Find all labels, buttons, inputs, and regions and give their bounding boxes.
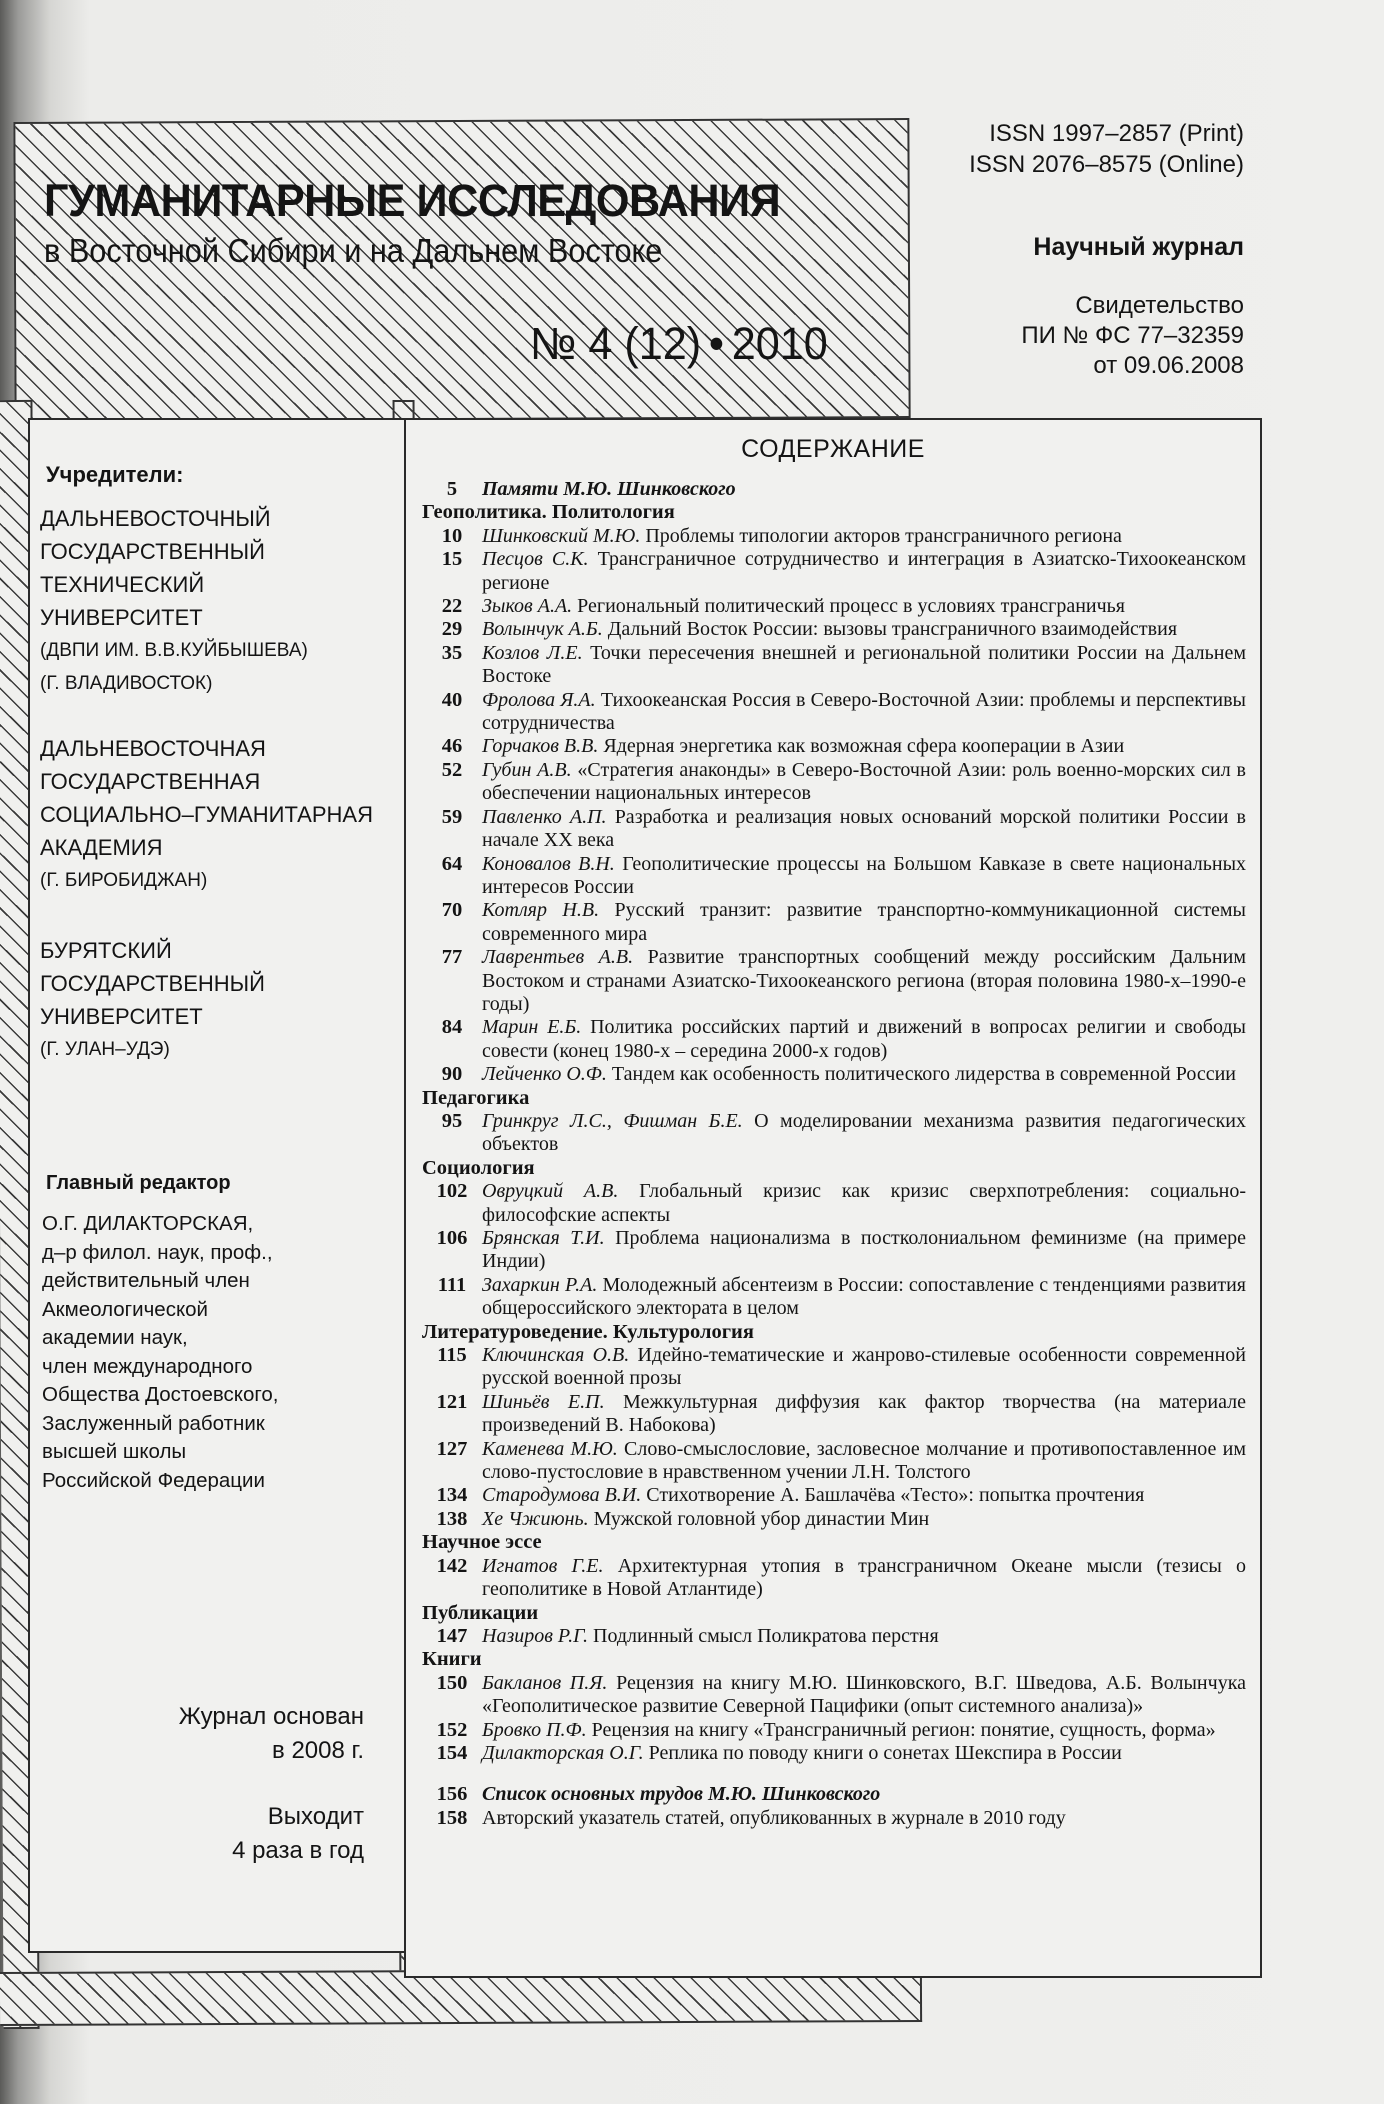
toc-author: Гринкруг Л.С., Фишман Б.Е. [482, 1110, 754, 1132]
toc-author: Шинковский М.Ю. [482, 525, 645, 547]
toc-entry[interactable]: 102 Овруцкий А.В. Глобальный кризис как … [422, 1180, 1250, 1227]
toc-author: Коновалов В.Н. [482, 853, 622, 875]
toc-author: Каменева М.Ю. [482, 1438, 624, 1460]
issn-online: ISSN 2076–8575 (Online) [969, 151, 1244, 179]
toc-author: Ключинская О.В. [482, 1344, 638, 1366]
toc-page-number: 134 [422, 1484, 482, 1507]
toc-entry-text: Бакланов П.Я. Рецензия на книгу М.Ю. Шин… [482, 1672, 1250, 1719]
toc-entry-text: Шиньёв Е.П. Межкультурная диффузия как ф… [482, 1391, 1250, 1438]
founder-name-line: АКАДЕМИЯ [40, 831, 373, 864]
founded-line: в 2008 г. [179, 1734, 364, 1768]
table-of-contents: СОДЕРЖАНИЕ 5 Памяти М.Ю. Шинковского Гео… [404, 418, 1262, 1978]
editor-line: действительный член [42, 1267, 278, 1296]
issue-separator: • [709, 318, 724, 369]
toc-page-number: 147 [422, 1625, 482, 1648]
toc-page-number: 127 [422, 1438, 482, 1485]
toc-author: Хе Чжиюнь. [482, 1508, 594, 1530]
toc-section-heading: Социология [422, 1157, 1250, 1180]
founder-name-line: БУРЯТСКИЙ [40, 934, 265, 967]
toc-entry[interactable]: 154 Дилакторская О.Г. Реплика по поводу … [422, 1742, 1250, 1765]
toc-article-title: Памяти М.Ю. Шинковского [482, 478, 736, 500]
editor-line: Общества Достоевского, [42, 1381, 278, 1410]
toc-author: Павленко А.П. [482, 806, 615, 828]
founder-name-line: ГОСУДАРСТВЕННЫЙ [40, 967, 265, 1000]
toc-page-number: 15 [422, 548, 482, 595]
toc-page-number: 111 [422, 1274, 482, 1321]
editor-line: высшей школы [42, 1438, 278, 1467]
toc-entry-text: Дилакторская О.Г. Реплика по поводу книг… [482, 1742, 1250, 1765]
toc-entry-text: Хе Чжиюнь. Мужской головной убор династи… [482, 1508, 1250, 1531]
founder-note: (Г. ВЛАДИВОСТОК) [40, 667, 308, 700]
toc-author: Козлов Л.Е. [482, 642, 590, 664]
toc-list: 5 Памяти М.Ю. Шинковского Геополитика. П… [422, 478, 1250, 1830]
toc-entry[interactable]: 59 Павленко А.П. Разработка и реализация… [422, 806, 1250, 853]
toc-article-title: Список основных трудов М.Ю. Шинковского [482, 1783, 880, 1805]
toc-author: Овруцкий А.В. [482, 1180, 639, 1202]
toc-author: Стародумова В.И. [482, 1484, 646, 1506]
toc-entry-text: Брянская Т.И. Проблема национализма в по… [482, 1227, 1250, 1274]
issue-number: № 4 (12) [530, 318, 701, 369]
founder-note: (Г. БИРОБИДЖАН) [40, 864, 373, 897]
toc-entry[interactable]: 127 Каменева М.Ю. Слово-смыслословие, за… [422, 1438, 1250, 1485]
toc-entry[interactable]: 64 Коновалов В.Н. Геополитические процес… [422, 853, 1250, 900]
toc-article-title: Авторский указатель статей, опубликованн… [482, 1807, 1066, 1829]
toc-page-number: 156 [422, 1783, 482, 1806]
frequency-line: Выходит [232, 1800, 364, 1834]
toc-entry-text: Захаркин Р.А. Молодежный абсентеизм в Ро… [482, 1274, 1250, 1321]
toc-section-heading: Литературоведение. Культурология [422, 1321, 1250, 1344]
toc-article-title: Мужской головной убор династии Мин [594, 1508, 930, 1530]
founder-name-line: ДАЛЬНЕВОСТОЧНАЯ [40, 732, 373, 765]
founder-note: (ДВПИ ИМ. В.В.КУЙБЫШЕВА) [40, 634, 308, 667]
toc-entry[interactable]: 52 Губин А.В. «Стратегия анаконды» в Сев… [422, 759, 1250, 806]
toc-entry[interactable]: 138 Хе Чжиюнь. Мужской головной убор дин… [422, 1508, 1250, 1531]
hatched-title-block [13, 118, 910, 422]
toc-entry[interactable]: 46 Горчаков В.В. Ядерная энергетика как … [422, 735, 1250, 758]
toc-entry[interactable]: 15 Песцов С.К. Трансграничное сотрудниче… [422, 548, 1250, 595]
toc-entry-text: Павленко А.П. Разработка и реализация но… [482, 806, 1250, 853]
editor-line: Заслуженный работник [42, 1410, 278, 1439]
toc-entry[interactable]: 156 Список основных трудов М.Ю. Шинковск… [422, 1783, 1250, 1806]
toc-author: Бакланов П.Я. [482, 1672, 616, 1694]
founder-name-line: ГОСУДАРСТВЕННАЯ [40, 765, 373, 798]
toc-page-number: 152 [422, 1719, 482, 1742]
toc-entry[interactable]: 90 Лейченко О.Ф. Тандем как особенность … [422, 1063, 1250, 1086]
toc-section-heading: Геополитика. Политология [422, 501, 1250, 524]
toc-entry[interactable]: 142 Игнатов Г.Е. Архитектурная утопия в … [422, 1555, 1250, 1602]
toc-section-heading: Научное эссе [422, 1531, 1250, 1554]
toc-page-number: 29 [422, 618, 482, 641]
toc-entry[interactable]: 152 Бровко П.Ф. Рецензия на книгу «Транс… [422, 1719, 1250, 1742]
toc-entry-text: Шинковский М.Ю. Проблемы типологии актор… [482, 525, 1250, 548]
toc-author: Назиров Р.Г. [482, 1625, 593, 1647]
toc-entry-text: Список основных трудов М.Ю. Шинковского [482, 1783, 1250, 1806]
toc-author: Игнатов Г.Е. [482, 1555, 618, 1577]
toc-entry-text: Игнатов Г.Е. Архитектурная утопия в тран… [482, 1555, 1250, 1602]
founder-name-line: ДАЛЬНЕВОСТОЧНЫЙ [40, 502, 308, 535]
toc-entry[interactable]: 35 Козлов Л.Е. Точки пересечения внешней… [422, 642, 1250, 689]
toc-entry[interactable]: 115 Ключинская О.В. Идейно-тематические … [422, 1344, 1250, 1391]
toc-entry-text: Гринкруг Л.С., Фишман Б.Е. О моделирован… [482, 1110, 1250, 1157]
toc-page-number: 95 [422, 1110, 482, 1157]
toc-page-number: 46 [422, 735, 482, 758]
toc-entry[interactable]: 22 Зыков А.А. Региональный политический … [422, 595, 1250, 618]
toc-page-number: 22 [422, 595, 482, 618]
toc-entry[interactable]: 5 Памяти М.Ю. Шинковского [422, 478, 1250, 501]
toc-entry-text: Губин А.В. «Стратегия анаконды» в Северо… [482, 759, 1250, 806]
toc-page-number: 106 [422, 1227, 482, 1274]
founder-2: ДАЛЬНЕВОСТОЧНАЯ ГОСУДАРСТВЕННАЯ СОЦИАЛЬН… [40, 732, 373, 897]
toc-author: Бровко П.Ф. [482, 1719, 592, 1741]
toc-article-title: Точки пересечения внешней и региональной… [482, 642, 1246, 687]
founded-line: Журнал основан [179, 1700, 364, 1734]
editor-line: Российской Федерации [42, 1467, 278, 1496]
toc-page-number: 5 [422, 478, 482, 501]
issn-print: ISSN 1997–2857 (Print) [989, 120, 1244, 148]
toc-article-title: Подлинный смысл Поликратова перстня [593, 1625, 939, 1647]
toc-article-title: Реплика по поводу книги о сонетах Шекспи… [649, 1742, 1122, 1764]
toc-entry-text: Ключинская О.В. Идейно-тематические и жа… [482, 1344, 1250, 1391]
toc-author: Лейченко О.Ф. [482, 1063, 612, 1085]
toc-page-number: 84 [422, 1016, 482, 1063]
toc-article-title: Ядерная энергетика как возможная сфера к… [603, 735, 1124, 757]
toc-entry-text: Бровко П.Ф. Рецензия на книгу «Трансгран… [482, 1719, 1250, 1742]
toc-entry[interactable]: 29 Волынчук А.Б. Дальний Восток России: … [422, 618, 1250, 641]
toc-title: СОДЕРЖАНИЕ [406, 435, 1260, 464]
toc-entry-text: Горчаков В.В. Ядерная энергетика как воз… [482, 735, 1250, 758]
frequency-line: 4 раза в год [232, 1834, 364, 1868]
toc-entry[interactable]: 95 Гринкруг Л.С., Фишман Б.Е. О моделиро… [422, 1110, 1250, 1157]
toc-article-title: Стихотворение А. Башлачёва «Тесто»: попы… [646, 1484, 1144, 1506]
toc-entry[interactable]: 147 Назиров Р.Г. Подлинный смысл Поликра… [422, 1625, 1250, 1648]
editor-line: член международного [42, 1353, 278, 1382]
toc-page-number: 64 [422, 853, 482, 900]
editor-line: Акмеологической [42, 1296, 278, 1325]
editor-info: О.Г. ДИЛАКТОРСКАЯ, д–р филол. наук, проф… [42, 1210, 278, 1495]
toc-author: Брянская Т.И. [482, 1227, 615, 1249]
toc-section-heading: Педагогика [422, 1087, 1250, 1110]
toc-page-number: 158 [422, 1807, 482, 1830]
toc-article-title: Политика российских партий и движений в … [482, 1016, 1246, 1061]
toc-entry-text: Назиров Р.Г. Подлинный смысл Поликратова… [482, 1625, 1250, 1648]
toc-article-title: Рецензия на книгу «Трансграничный регион… [592, 1719, 1216, 1741]
toc-entry[interactable]: 77 Лаврентьев А.В. Развитие транспортных… [422, 946, 1250, 1016]
founders-heading: Учредители: [46, 462, 183, 488]
toc-entry-text: Авторский указатель статей, опубликованн… [482, 1807, 1250, 1830]
editor-line: академии наук, [42, 1324, 278, 1353]
toc-page-number: 59 [422, 806, 482, 853]
toc-author: Котляр Н.В. [482, 899, 615, 921]
toc-author: Губин А.В. [482, 759, 577, 781]
sidebar-info-box: Учредители: ДАЛЬНЕВОСТОЧНЫЙ ГОСУДАРСТВЕН… [28, 418, 406, 1953]
toc-article-title: Проблемы типологии акторов трансгранично… [645, 525, 1122, 547]
toc-author: Шиньёв Е.П. [482, 1391, 623, 1413]
toc-author: Горчаков В.В. [482, 735, 603, 757]
toc-author: Фролова Я.А. [482, 689, 601, 711]
toc-author: Песцов С.К. [482, 548, 598, 570]
toc-page-number: 115 [422, 1344, 482, 1391]
editor-line: д–р филол. наук, проф., [42, 1239, 278, 1268]
toc-article-title: Трансграничное сотрудничество и интеграц… [482, 548, 1246, 593]
toc-page-number: 90 [422, 1063, 482, 1086]
toc-entry[interactable]: 40 Фролова Я.А. Тихоокеанская Россия в С… [422, 689, 1250, 736]
editor-line: О.Г. ДИЛАКТОРСКАЯ, [42, 1210, 278, 1239]
toc-entry-text: Лаврентьев А.В. Развитие транспортных со… [482, 946, 1250, 1016]
toc-entry[interactable]: 158 Авторский указатель статей, опублико… [422, 1807, 1250, 1830]
founder-name-line: ТЕХНИЧЕСКИЙ [40, 568, 308, 601]
toc-article-title: Дальний Восток России: вызовы трансграни… [608, 618, 1177, 640]
toc-page-number: 10 [422, 525, 482, 548]
toc-entry[interactable]: 150 Бакланов П.Я. Рецензия на книгу М.Ю.… [422, 1672, 1250, 1719]
toc-entry-text: Фролова Я.А. Тихоокеанская Россия в Севе… [482, 689, 1250, 736]
toc-article-title: «Стратегия анаконды» в Северо-Восточной … [482, 759, 1246, 804]
issue-label: № 4 (12)•2010 [530, 318, 828, 370]
toc-entry[interactable]: 84 Марин Е.Б. Политика российских партий… [422, 1016, 1250, 1063]
toc-entry[interactable]: 106 Брянская Т.И. Проблема национализма … [422, 1227, 1250, 1274]
toc-entry-text: Зыков А.А. Региональный политический про… [482, 595, 1250, 618]
toc-section-heading: Книги [422, 1648, 1250, 1671]
founder-name-line: ГОСУДАРСТВЕННЫЙ [40, 535, 308, 568]
toc-author: Лаврентьев А.В. [482, 946, 648, 968]
toc-entry[interactable]: 70 Котляр Н.В. Русский транзит: развитие… [422, 899, 1250, 946]
toc-entry[interactable]: 111 Захаркин Р.А. Молодежный абсентеизм … [422, 1274, 1250, 1321]
toc-section-heading: Публикации [422, 1602, 1250, 1625]
frequency-info: Выходит 4 раза в год [232, 1800, 364, 1868]
certificate-date: от 09.06.2008 [1093, 352, 1244, 380]
toc-author: Зыков А.А. [482, 595, 577, 617]
toc-author: Марин Е.Б. [482, 1016, 590, 1038]
toc-author: Захаркин Р.А. [482, 1274, 603, 1296]
toc-entry-text: Каменева М.Ю. Слово-смыслословие, заслов… [482, 1438, 1250, 1485]
toc-author: Волынчук А.Б. [482, 618, 608, 640]
toc-entry-text: Козлов Л.Е. Точки пересечения внешней и … [482, 642, 1250, 689]
toc-article-title: Региональный политический процесс в усло… [577, 595, 1125, 617]
founder-name-line: УНИВЕРСИТЕТ [40, 1000, 265, 1033]
toc-entry[interactable]: 134 Стародумова В.И. Стихотворение А. Ба… [422, 1484, 1250, 1507]
toc-page-number: 52 [422, 759, 482, 806]
editor-heading: Главный редактор [46, 1172, 231, 1195]
founded-info: Журнал основан в 2008 г. [179, 1700, 364, 1768]
founder-name-line: СОЦИАЛЬНО–ГУМАНИТАРНАЯ [40, 798, 373, 831]
toc-entry-text: Песцов С.К. Трансграничное сотрудничеств… [482, 548, 1250, 595]
founder-3: БУРЯТСКИЙ ГОСУДАРСТВЕННЫЙ УНИВЕРСИТЕТ (Г… [40, 934, 265, 1066]
certificate-label: Свидетельство [1075, 292, 1244, 320]
toc-author: Дилакторская О.Г. [482, 1742, 649, 1764]
toc-page-number: 138 [422, 1508, 482, 1531]
toc-entry-text: Лейченко О.Ф. Тандем как особенность пол… [482, 1063, 1250, 1086]
toc-page-number: 102 [422, 1180, 482, 1227]
founder-note: (Г. УЛАН–УДЭ) [40, 1033, 265, 1066]
certificate-number: ПИ № ФС 77–32359 [1021, 322, 1244, 350]
journal-type: Научный журнал [1033, 233, 1244, 262]
toc-entry[interactable]: 121 Шиньёв Е.П. Межкультурная диффузия к… [422, 1391, 1250, 1438]
toc-page-number: 150 [422, 1672, 482, 1719]
toc-entry-text: Котляр Н.В. Русский транзит: развитие тр… [482, 899, 1250, 946]
founder-1: ДАЛЬНЕВОСТОЧНЫЙ ГОСУДАРСТВЕННЫЙ ТЕХНИЧЕС… [40, 502, 308, 700]
toc-entry-text: Овруцкий А.В. Глобальный кризис как криз… [482, 1180, 1250, 1227]
toc-page-number: 35 [422, 642, 482, 689]
toc-page-number: 70 [422, 899, 482, 946]
journal-subtitle: в Восточной Сибири и на Дальнем Востоке [44, 232, 662, 270]
issue-year: 2010 [732, 318, 828, 369]
toc-page-number: 154 [422, 1742, 482, 1765]
toc-entry[interactable]: 10 Шинковский М.Ю. Проблемы типологии ак… [422, 525, 1250, 548]
toc-page-number: 121 [422, 1391, 482, 1438]
toc-entry-text: Стародумова В.И. Стихотворение А. Башлач… [482, 1484, 1250, 1507]
toc-article-title: Тандем как особенность политического лид… [612, 1063, 1236, 1085]
toc-page-number: 142 [422, 1555, 482, 1602]
journal-title: ГУМАНИТАРНЫЕ ИССЛЕДОВАНИЯ [44, 175, 780, 227]
toc-entry-text: Коновалов В.Н. Геополитические процессы … [482, 853, 1250, 900]
toc-page-number: 77 [422, 946, 482, 1016]
toc-page-number: 40 [422, 689, 482, 736]
toc-entry-text: Марин Е.Б. Политика российских партий и … [482, 1016, 1250, 1063]
toc-entry-text: Памяти М.Ю. Шинковского [482, 478, 1250, 501]
toc-entry-text: Волынчук А.Б. Дальний Восток России: выз… [482, 618, 1250, 641]
founder-name-line: УНИВЕРСИТЕТ [40, 601, 308, 634]
